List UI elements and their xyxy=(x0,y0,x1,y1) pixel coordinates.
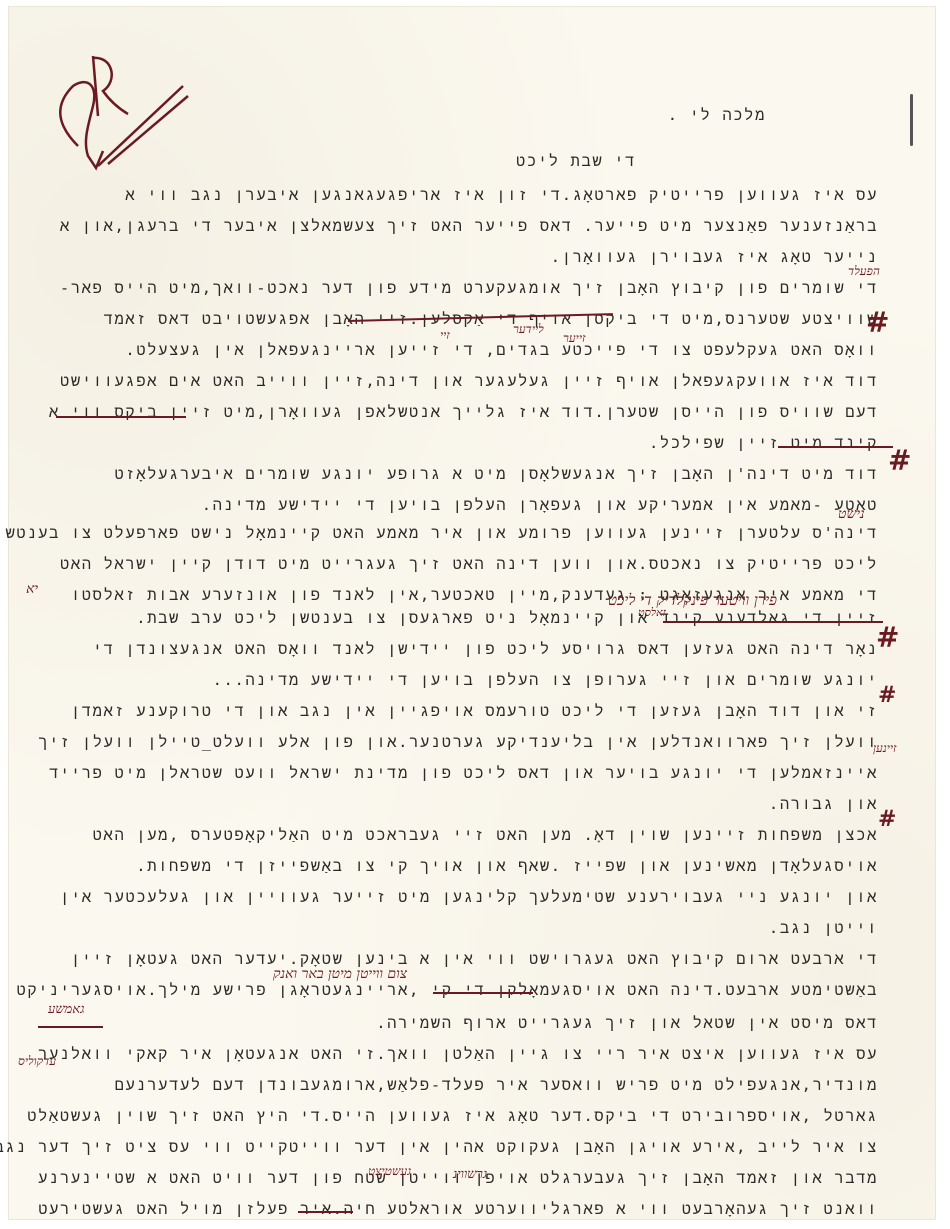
strikethrough-line xyxy=(778,446,893,448)
text-line: טאטע -מאמע אין אמעריקע און געפאָרן העלפן… xyxy=(202,496,878,515)
text-line: בראַנזענער פאַנצער מיט פייער. דאס פייער … xyxy=(60,217,878,236)
text-line: דינה'ס עלטערן זיינען געווען פרומע און אי… xyxy=(0,524,878,543)
strikethrough-line xyxy=(433,992,533,994)
staple-mark xyxy=(910,94,913,146)
text-line: וואָס האט געקלעפט צו די פייכטע בגדים, די… xyxy=(125,341,878,360)
strikethrough-line xyxy=(663,621,883,623)
text-line: באַשטימטע ארבעט.דינה האט אויסגעמאָלקן די… xyxy=(16,981,878,1000)
margin-paragraph-mark: # xyxy=(878,682,896,708)
text-line: דעם שוויס פון הייסן שטערן.דוד איז גלייך … xyxy=(49,403,878,422)
margin-paragraph-mark: # xyxy=(866,306,889,339)
handwritten-note: ליידער xyxy=(513,322,544,337)
text-line: צו איר לייב ,אירע אויגן האָבן געקוקט אהי… xyxy=(0,1138,878,1157)
text-line: ליכט פרייטיק צו נאכטס.און ווען דינה האט … xyxy=(60,555,878,574)
text-line: דאס מיסט אין שטאל און זיך געגרייט ארוף ה… xyxy=(376,1014,878,1033)
text-line: עס איז געווען איצט איר ריי צו גיין האַלט… xyxy=(38,1045,878,1064)
margin-paragraph-mark: # xyxy=(878,806,896,832)
text-line: מונדיר,אנגעפילט מיט פריש וואסער איר פעלד… xyxy=(115,1076,878,1095)
text-line: נייער טאָג איז געבוירן געוואָרן. xyxy=(551,248,878,267)
text-line: איינזאמלען די יונגע בויער און דאס ליכט פ… xyxy=(49,764,878,783)
margin-paragraph-mark: # xyxy=(888,444,911,477)
text-line: און גבורה. xyxy=(769,795,878,814)
text-line: דוד איז אוועקגעפאלן אויף זיין געלעגער או… xyxy=(60,372,878,391)
text-line: און יונגע ניי געבוירענע שטימעלעך קלינגען… xyxy=(60,888,878,907)
handwritten-note: צום ווייטן מיטן באר ואנק xyxy=(273,966,407,983)
text-line: נאָר דינה האט געזען דאס גרויסע ליכט פון … xyxy=(93,640,878,659)
text-line: זיין די גאלדענע קינד און קיינמאָל ניט פא… xyxy=(136,609,878,628)
margin-paragraph-mark: # xyxy=(876,621,899,654)
handwritten-note: יא xyxy=(26,581,38,598)
text-line: אכצן משפחות זיינען שוין דאָ. מען האט זיי… xyxy=(93,826,878,845)
text-line: אויסגעלאָדן מאשינען און שפייז .שאף און א… xyxy=(136,857,878,876)
handwritten-note: געשטיצט xyxy=(368,1164,411,1179)
text-line: שוויצטע שטערנס,מיט די ביקסן אויף די אַקס… xyxy=(104,310,878,329)
document-heading: די שבת ליכט xyxy=(516,152,636,171)
text-line: וועלן זיך פארוואנדלען אין בליענדיקע גערט… xyxy=(38,733,878,752)
handwritten-note: זיי xyxy=(440,328,450,343)
handwritten-note: זיינען xyxy=(873,741,896,756)
handwritten-note: גרשווינ xyxy=(453,1166,487,1182)
text-line: יונגע שומרים און זיי גערופן צו העלפן בוי… xyxy=(213,671,878,690)
handwritten-note: זייער xyxy=(563,331,585,346)
text-line: וואנט זיך געהאָרבעט ווי א פארגליווערטע א… xyxy=(38,1200,878,1219)
strikethrough-line xyxy=(38,1026,103,1028)
text-line: עס איז געווען פרייטיק פארטאָג.די זון איז… xyxy=(125,186,878,205)
text-line: גארטל ,אויספרובירט די ביקס.דער טאָג איז … xyxy=(27,1107,878,1126)
text-line: קינד מיט זיין שפילכל. xyxy=(649,434,878,453)
handwritten-note: עדקוליס xyxy=(18,1054,56,1069)
text-line: וייטן נגב. xyxy=(769,919,878,938)
handwritten-note: זאלסט xyxy=(638,606,666,619)
strikethrough-line xyxy=(56,416,186,418)
signature-initials xyxy=(48,46,198,176)
document-title: מלכה לי . xyxy=(668,106,766,125)
text-line: די ארבעט ארום קיבוץ האט געגרוישט ווי אין… xyxy=(71,950,878,969)
document-page: מלכה לי . די שבת ליכט עס איז געווען פריי… xyxy=(8,6,936,1220)
text-line: זי און דוד האָבן געזען די ליכט טורעמס או… xyxy=(71,702,878,721)
text-line: די שומרים פון קיבוץ האָבן זיך אומגעקערט … xyxy=(60,279,878,298)
handwritten-note: הפעלד xyxy=(848,264,880,279)
handwritten-note: נישט xyxy=(838,506,865,523)
strikethrough-line xyxy=(298,1211,353,1213)
handwritten-note: פירן וויטער פינקלדיק די ליכט xyxy=(608,591,777,610)
text-line: דוד מיט דינה'ן האָבן זיך אנגעשלאָסן מיט … xyxy=(115,465,878,484)
handwritten-note: גאמשע xyxy=(48,1001,84,1017)
